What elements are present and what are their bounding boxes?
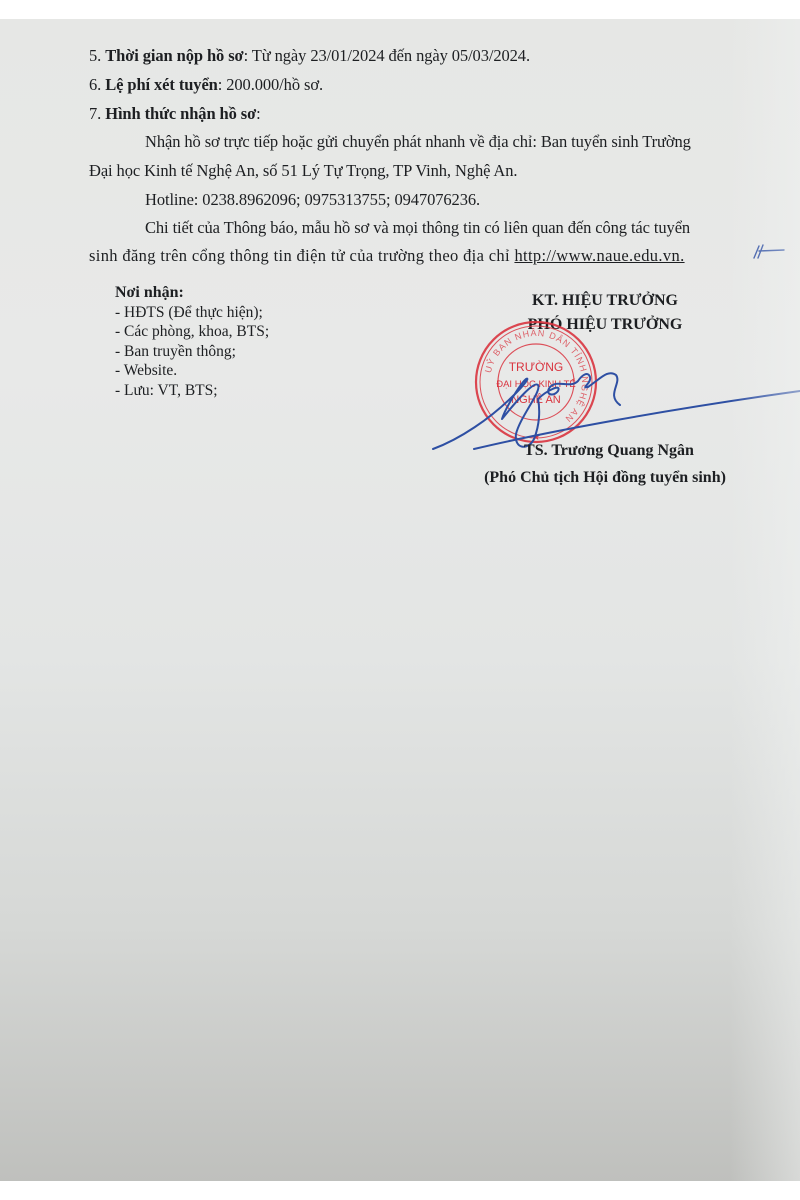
website-link[interactable]: http://www.naue.edu.vn. [514,246,684,265]
item-text: : 200.000/hồ sơ. [218,75,323,94]
details-paragraph-line2: sinh đăng trên cổng thông tin điện tử củ… [89,246,685,266]
recipient-item: - Ban truyền thông; [115,342,269,362]
recipients-block: Nơi nhận: - HĐTS (Để thực hiện); - Các p… [115,283,269,400]
recipients-title: Nơi nhận: [115,283,269,303]
signatory-name: TS. Trương Quang Ngân [440,439,770,463]
recipient-item: - Các phòng, khoa, BTS; [115,322,269,342]
signatory-role: (Phó Chủ tịch Hội đồng tuyển sinh) [440,466,770,490]
receive-paragraph-line2: Đại học Kinh tế Nghệ An, số 51 Lý Tự Trọ… [89,161,517,181]
recipient-item: - Lưu: VT, BTS; [115,381,269,401]
hotline-text: Hotline: 0238.8962096; 0975313755; 09470… [145,190,480,210]
item-5-submission-period: 5. Thời gian nộp hồ sơ: Từ ngày 23/01/20… [89,46,530,66]
item-text: : [256,104,260,123]
item-number: 7. [89,104,101,123]
item-label: Lệ phí xét tuyển [105,75,218,94]
item-number: 5. [89,46,101,65]
document-page: 5. Thời gian nộp hồ sơ: Từ ngày 23/01/20… [0,19,800,1181]
item-7-receiving-method: 7. Hình thức nhận hồ sơ: [89,104,261,124]
signatory-title-line1: KT. HIỆU TRƯỞNG [440,289,770,313]
item-text: : Từ ngày 23/01/2024 đến ngày 05/03/2024… [244,46,530,65]
receive-paragraph-line1: Nhận hồ sơ trực tiếp hoặc gửi chuyển phá… [145,132,691,152]
item-6-application-fee: 6. Lệ phí xét tuyển: 200.000/hồ sơ. [89,75,323,95]
item-label: Thời gian nộp hồ sơ [105,46,243,65]
item-label: Hình thức nhận hồ sơ [105,104,256,123]
signatory-name-block: TS. Trương Quang Ngân (Phó Chủ tịch Hội … [440,439,770,490]
recipient-item: - Website. [115,361,269,381]
recipient-item: - HĐTS (Để thực hiện); [115,303,269,323]
details-prefix: sinh đăng trên cổng thông tin điện tử củ… [89,246,514,265]
handwritten-tick-icon [750,241,786,261]
item-number: 6. [89,75,101,94]
details-paragraph-line1: Chi tiết của Thông báo, mẫu hồ sơ và mọi… [145,218,690,238]
